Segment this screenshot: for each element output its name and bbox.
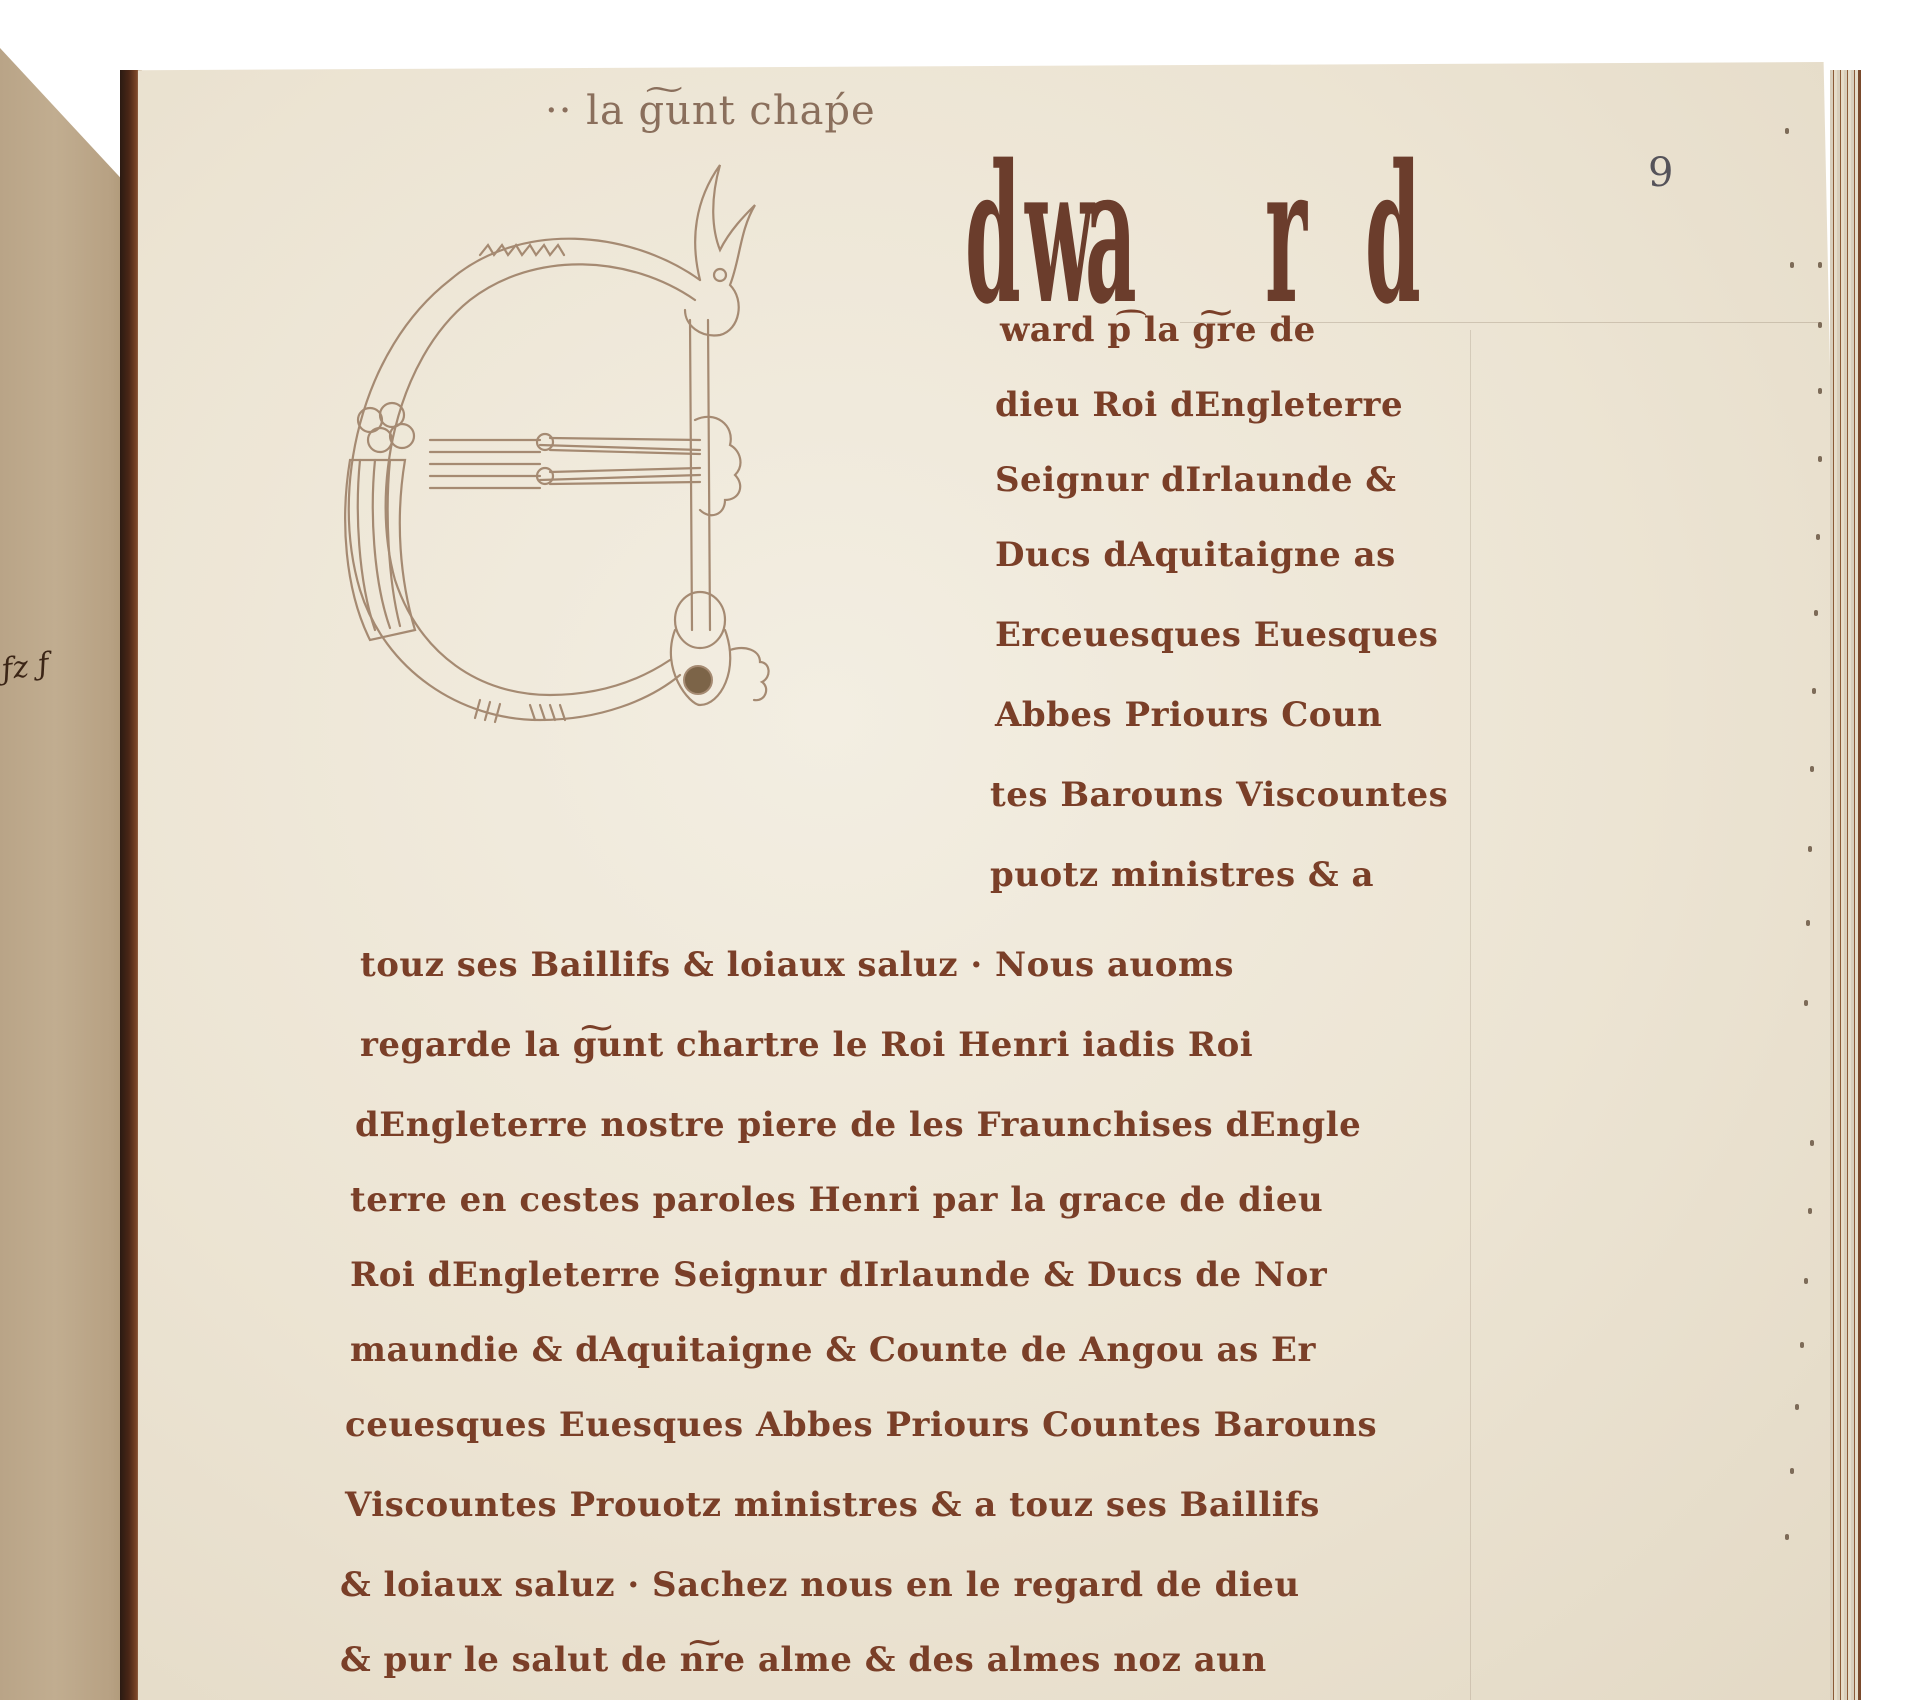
text-line: ceuesques Euesques Abbes Priours Countes… <box>345 1405 1377 1445</box>
text-line: regarde la g͠unt chartre le Roi Henri ia… <box>360 1025 1253 1065</box>
pricking-hole <box>1818 388 1822 394</box>
text-line: Roi dEngleterre Seignur dIrlaunde & Ducs… <box>350 1255 1327 1295</box>
pricking-hole <box>1810 766 1814 772</box>
pricking-hole <box>1810 1140 1814 1146</box>
text-line: & loiaux saluz · Sachez nous en le regar… <box>340 1565 1300 1605</box>
left-margin-annotation: ƒz ƒ <box>0 651 51 683</box>
pricking-hole <box>1808 846 1812 852</box>
pricking-hole <box>1785 128 1789 134</box>
text-line: ward p͡ la g͠re de <box>1000 310 1316 350</box>
tail-ring-dot <box>684 666 712 694</box>
cadel-letter: d <box>1365 140 1421 330</box>
text-line: Viscountes Prouotz ministres & a touz se… <box>345 1485 1320 1525</box>
pricking-hole <box>1804 1278 1808 1284</box>
pricking-hole <box>1818 322 1822 328</box>
pricking-hole <box>1816 534 1820 540</box>
cadel-letter: a <box>1085 140 1137 330</box>
text-line: Ducs dAquitaigne as <box>995 535 1396 575</box>
pricking-hole <box>1804 1000 1808 1006</box>
folio-number: 9 <box>1648 150 1673 196</box>
text-line: maundie & dAquitaigne & Counte de Angou … <box>350 1330 1316 1370</box>
text-line: tes Barouns Viscountes <box>990 775 1448 815</box>
text-line: dieu Roi dEngleterre <box>995 385 1403 425</box>
pricking-hole <box>1790 1468 1794 1474</box>
pricking-hole <box>1790 262 1794 268</box>
pricking-hole <box>1795 1404 1799 1410</box>
manuscript-photo: ƒz ƒ 9 ·· la g͠unt chaṕe <box>0 0 1925 1700</box>
text-line: dEngleterre nostre piere de les Fraunchi… <box>355 1105 1361 1145</box>
cadel-letter: d <box>965 140 1021 330</box>
pricking-hole <box>1818 456 1822 462</box>
pricking-hole <box>1814 610 1818 616</box>
pricking-hole <box>1800 1342 1804 1348</box>
pricking-hole <box>1806 920 1810 926</box>
text-line: Erceuesques Euesques <box>995 615 1438 655</box>
running-head: ·· la g͠unt chaṕe <box>545 88 876 134</box>
pricking-hole <box>1812 688 1816 694</box>
cadel-letter: w <box>1025 140 1094 330</box>
dragon-initial-drawing <box>300 160 770 760</box>
cadel-letter: r <box>1265 140 1307 330</box>
left-page-verso: ƒz ƒ <box>0 48 138 1700</box>
page-edges <box>1830 70 1861 1700</box>
text-line: Abbes Priours Coun <box>995 695 1382 735</box>
text-line: puotz ministres & a <box>990 855 1374 895</box>
pricking-hole <box>1808 1208 1812 1214</box>
text-line: & pur le salut de n͠re alme & des almes … <box>340 1640 1267 1680</box>
text-line: terre en cestes paroles Henri par la gra… <box>350 1180 1323 1220</box>
text-line: touz ses Baillifs & loiaux saluz · Nous … <box>360 945 1234 985</box>
pricking-hole <box>1818 262 1822 268</box>
text-line: Seignur dIrlaunde & <box>995 460 1396 500</box>
pricking-hole <box>1785 1534 1789 1540</box>
margin-ruling <box>1470 330 1471 1700</box>
